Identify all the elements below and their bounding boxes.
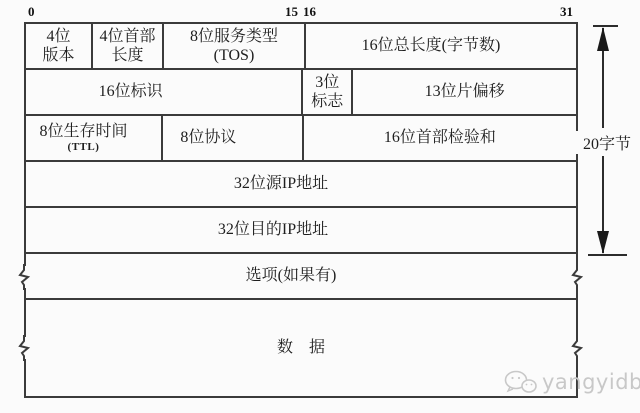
field-fragment-offset: 13位片偏移 — [353, 70, 576, 114]
field-ttl-label-line2: (TTL) — [68, 141, 100, 154]
watermark: yangyidba — [504, 369, 640, 395]
field-ttl: 8位生存时间 (TTL) — [26, 116, 163, 160]
options-row: 选项(如果有) — [26, 254, 576, 300]
field-header-length-label-line2: 长度 — [112, 46, 144, 65]
field-options-label: 选项(如果有) — [246, 266, 337, 285]
field-version-label-line2: 版本 — [43, 46, 75, 65]
bit-label-0: 0 — [28, 4, 35, 20]
bit-label-16: 16 — [303, 4, 316, 20]
field-source-ip-label: 32位源IP地址 — [234, 174, 328, 193]
field-data-label: 数 据 — [277, 338, 325, 357]
field-destination-ip-label: 32位目的IP地址 — [218, 220, 328, 239]
field-tos: 8位服务类型 (TOS) — [164, 24, 306, 68]
field-fragment-offset-label: 13位片偏移 — [425, 82, 505, 101]
field-total-length: 16位总长度(字节数) — [306, 24, 576, 68]
field-destination-ip: 32位目的IP地址 — [26, 208, 576, 252]
break-mark-right-options — [570, 264, 584, 290]
field-flags: 3位 标志 — [303, 70, 353, 114]
header-row-5: 32位目的IP地址 — [26, 208, 576, 254]
field-options: 选项(如果有) — [26, 254, 576, 298]
field-total-length-label: 16位总长度(字节数) — [362, 36, 501, 55]
field-source-ip: 32位源IP地址 — [26, 162, 576, 206]
field-protocol-label: 8位协议 — [180, 128, 236, 147]
field-data: 数 据 — [26, 300, 576, 396]
field-header-checksum: 16位首部检验和 — [304, 116, 576, 160]
ip-header-table: 4位 版本 4位首部 长度 8位服务类型 (TOS) 16位总长度(字节数) — [24, 22, 578, 398]
break-mark-right-data — [570, 335, 584, 361]
ipv4-header-diagram: 0 15 16 31 4位 版本 4位首部 长度 8位服务类型 (TOS) — [0, 0, 640, 413]
break-mark-left-options — [17, 264, 31, 290]
field-header-length: 4位首部 长度 — [93, 24, 164, 68]
header-row-4: 32位源IP地址 — [26, 162, 576, 208]
bit-label-15: 15 — [268, 4, 298, 20]
field-tos-label-line1: 8位服务类型 — [190, 27, 278, 46]
break-mark-left-data — [17, 335, 31, 361]
field-ttl-label-line1: 8位生存时间 — [39, 122, 127, 141]
field-version: 4位 版本 — [26, 24, 93, 68]
field-flags-label-line1: 3位 — [315, 73, 339, 92]
wechat-icon — [504, 369, 537, 395]
field-header-checksum-label: 16位首部检验和 — [384, 128, 496, 147]
data-row: 数 据 — [26, 300, 576, 396]
bit-label-31: 31 — [549, 4, 573, 20]
watermark-text: yangyidba — [542, 370, 640, 394]
twenty-byte-label: 20字节 — [576, 131, 638, 154]
header-row-2: 16位标识 3位 标志 13位片偏移 — [26, 70, 576, 116]
field-identification-label: 16位标识 — [99, 82, 163, 101]
field-tos-label-line2: (TOS) — [214, 46, 255, 65]
field-identification: 16位标识 — [26, 70, 303, 114]
header-row-1: 4位 版本 4位首部 长度 8位服务类型 (TOS) 16位总长度(字节数) — [26, 24, 576, 70]
field-header-length-label-line1: 4位首部 — [100, 27, 156, 46]
field-protocol: 8位协议 — [163, 116, 304, 160]
field-flags-label-line2: 标志 — [311, 92, 343, 111]
header-row-3: 8位生存时间 (TTL) 8位协议 16位首部检验和 — [26, 116, 576, 162]
field-version-label-line1: 4位 — [47, 27, 71, 46]
